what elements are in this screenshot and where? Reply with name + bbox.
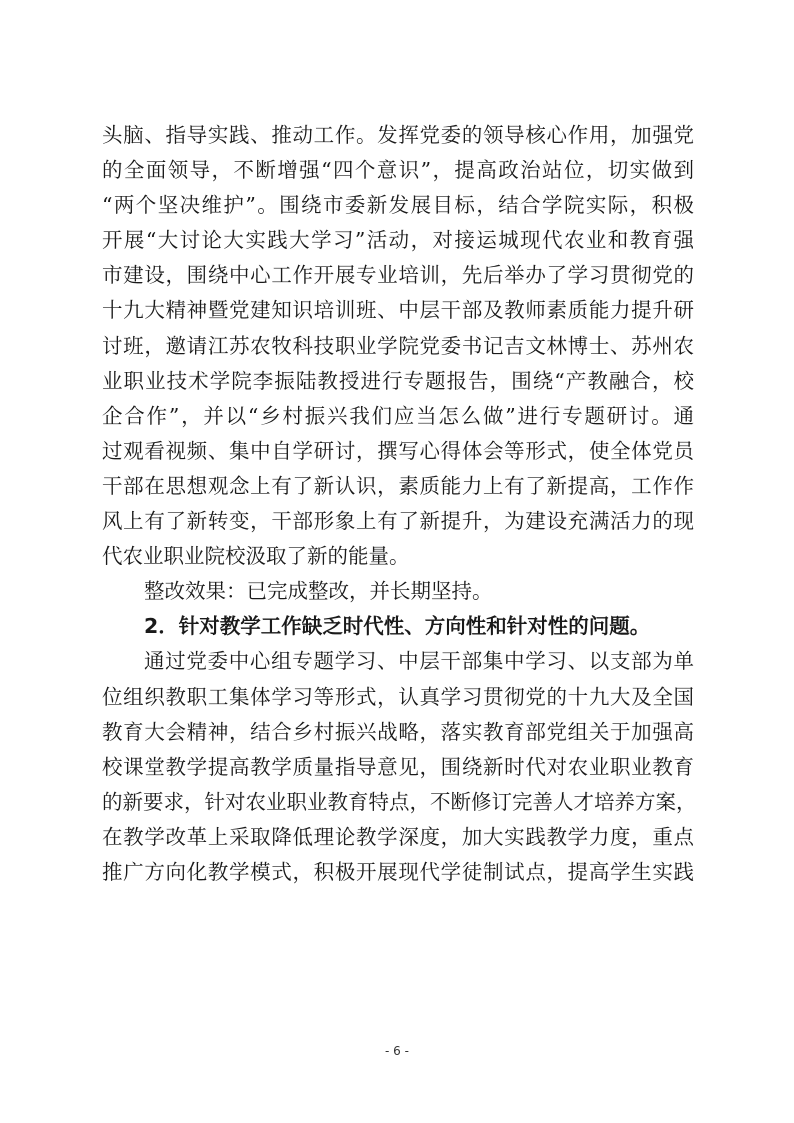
- text-line: 风上有了新转变，干部形象上有了新提升，为建设充满活力的现: [102, 504, 694, 539]
- text-line: 的新要求，针对农业职业教育特点，不断修订完善人才培养方案，: [102, 785, 694, 820]
- text-line: 开展“大讨论大实践大学习”活动，对接运城现代农业和教育强: [102, 223, 694, 258]
- text-line: 讨班，邀请江苏农牧科技职业学院党委书记吉文林博士、苏州农: [102, 329, 694, 364]
- section-heading: 2．针对教学工作缺乏时代性、方向性和针对性的问题。: [102, 609, 694, 644]
- text-line: 业职业技术学院李振陆教授进行专题报告，围绕“产教融合，校: [102, 364, 694, 399]
- text-line: 位组织教职工集体学习等形式，认真学习贯彻党的十九大及全国: [102, 680, 694, 715]
- document-page: 头脑、指导实践、推动工作。发挥党委的领导核心作用，加强党 的全面领导，不断增强“…: [102, 118, 694, 890]
- text-line: 代农业职业院校汲取了新的能量。: [102, 539, 694, 574]
- text-line: 企合作”，并以“乡村振兴我们应当怎么做”进行专题研讨。通: [102, 399, 694, 434]
- text-line: 推广方向化教学模式，积极开展现代学徒制试点，提高学生实践: [102, 855, 694, 890]
- text-line: 过观看视频、集中自学研讨，撰写心得体会等形式，使全体党员: [102, 434, 694, 469]
- text-line: 通过党委中心组专题学习、中层干部集中学习、以支部为单: [102, 644, 694, 679]
- text-line: “两个坚决维护”。围绕市委新发展目标，结合学院实际，积极: [102, 188, 694, 223]
- text-line: 的全面领导，不断增强“四个意识”，提高政治站位，切实做到: [102, 153, 694, 188]
- text-line: 校课堂教学提高教学质量指导意见，围绕新时代对农业职业教育: [102, 750, 694, 785]
- text-line: 十九大精神暨党建知识培训班、中层干部及教师素质能力提升研: [102, 293, 694, 328]
- text-line: 教育大会精神，结合乡村振兴战略，落实教育部党组关于加强高: [102, 715, 694, 750]
- paragraph-teaching-work: 通过党委中心组专题学习、中层干部集中学习、以支部为单 位组织教职工集体学习等形式…: [102, 644, 694, 890]
- text-line: 市建设，围绕中心工作开展专业培训，先后举办了学习贯彻党的: [102, 258, 694, 293]
- text-line: 在教学改革上采取降低理论教学深度，加大实践教学力度，重点: [102, 820, 694, 855]
- text-line: 干部在思想观念上有了新认识，素质能力上有了新提高，工作作: [102, 469, 694, 504]
- rectification-result: 整改效果：已完成整改，并长期坚持。: [102, 574, 694, 609]
- paragraph-party-leadership: 头脑、指导实践、推动工作。发挥党委的领导核心作用，加强党 的全面领导，不断增强“…: [102, 118, 694, 574]
- text-line: 头脑、指导实践、推动工作。发挥党委的领导核心作用，加强党: [102, 118, 694, 153]
- page-number: - 6 -: [0, 1044, 794, 1058]
